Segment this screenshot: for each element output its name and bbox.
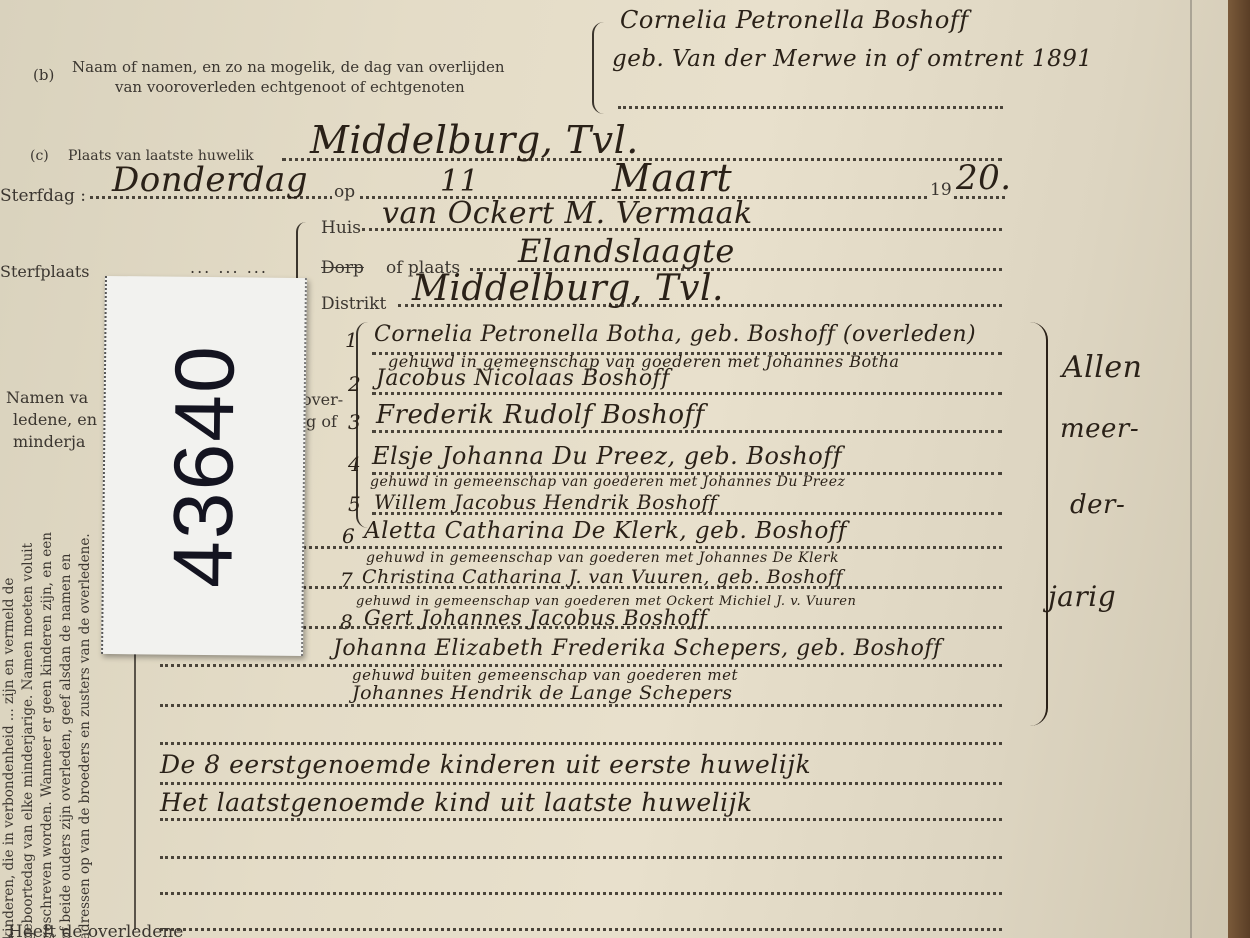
sterfdag-weekday: Donderdag (112, 160, 308, 200)
child-4-name: Elsje Johanna Du Preez, geb. Boshoff (372, 442, 842, 470)
child-1-number: 1 (345, 328, 358, 352)
sterfdag-label: Sterfdag : (0, 186, 86, 206)
field-b-marker: (b) (33, 66, 54, 84)
blank-dotted-line-1 (160, 742, 1002, 745)
field-c-marker: (c) (30, 148, 49, 164)
status-word-1: Allen (1062, 350, 1142, 385)
archive-number: 43640 (154, 344, 254, 589)
child-1-name: Cornelia Petronella Botha, geb. Boshoff … (374, 322, 976, 347)
child-6-number: 6 (342, 524, 355, 548)
child-4-number: 4 (348, 452, 361, 476)
field-b-label-line2: van vooroverleden echtgenoot of echtgeno… (115, 78, 465, 96)
child-3-name: Frederik Rudolf Boshoff (376, 400, 705, 430)
blank-dotted-line-4 (160, 928, 1002, 931)
child-7-name: Christina Catharina J. van Vuuren, geb. … (362, 566, 843, 588)
page-edge (1228, 0, 1250, 938)
sterfplaats-dots: ... ... ... (190, 258, 268, 277)
child-6-note: gehuwd in gemeenschap van goederen met J… (366, 550, 839, 566)
field-b-value-line1: Cornelia Petronella Boshoff (620, 6, 969, 34)
child-2-dotted-line (372, 392, 1002, 395)
child-8-number: 8 (340, 610, 353, 634)
status-word-3: der- (1070, 490, 1125, 520)
children-brace-right (1030, 322, 1048, 726)
children-label-fragment-2: ledene, en (13, 410, 97, 429)
archive-number-tag: 43640 (101, 276, 307, 656)
child-4-note: gehuwd in gemeenschap van goederen met J… (370, 474, 845, 490)
blank-dotted-line-2 (160, 856, 1002, 859)
children-label-fragment-1: Namen va (6, 388, 88, 407)
field-b-blank-line (618, 106, 1003, 109)
children-label-fragment-5: g of (306, 412, 337, 431)
field-c-value: Middelburg, Tvl. (310, 118, 639, 162)
child-8-name: Gert Johannes Jacobus Boshoff (364, 606, 707, 630)
distrikt-label: Distrikt (321, 294, 386, 314)
sterfdag-day: 11 (440, 164, 479, 199)
status-word-4: jarig (1048, 580, 1116, 613)
child-9-note2: Johannes Hendrik de Lange Schepers (352, 682, 733, 704)
child-5-name: Willem Jacobus Hendrik Boshoff (374, 490, 717, 514)
instructions-bracket-line (134, 650, 136, 930)
remark-line-2: Het laatstgenoemde kind uit laatste huwe… (160, 788, 753, 817)
child-2-number: 2 (348, 372, 361, 396)
sterfplaats-label: Sterfplaats (0, 262, 90, 281)
huis-value: van Ockert M. Vermaak (382, 196, 753, 231)
field-b-brace (592, 22, 604, 114)
page-margin-line (1190, 0, 1192, 938)
huis-label: Huis (321, 218, 361, 238)
footer-fragment: Heeft de overledene (8, 922, 183, 938)
blank-dotted-line-3 (160, 892, 1002, 895)
instructions-vertical-text: kinderen, die in verbondenheid ... zijn … (0, 520, 95, 938)
child-3-dotted-line (372, 430, 1002, 433)
status-word-2: meer- (1060, 414, 1139, 444)
child-9-name: Johanna Elizabeth Frederika Schepers, ge… (333, 636, 942, 661)
sterfdag-year-prefix: 19 (930, 180, 952, 200)
child-6-name: Aletta Catharina De Klerk, geb. Boshoff (364, 518, 847, 544)
remark-1-dotted-line (160, 782, 1002, 785)
sterfdag-op-label: op (332, 182, 357, 202)
sterfdag-year-suffix: 20. (956, 158, 1012, 198)
children-label-fragment-4: over- (302, 390, 343, 409)
remark-2-dotted-line (160, 818, 1002, 821)
child-3-number: 3 (348, 410, 361, 434)
children-label-fragment-3: minderja (13, 432, 85, 451)
child-9-note2-dotted-line (160, 704, 1002, 707)
remark-line-1: De 8 eerstgenoemde kinderen uit eerste h… (160, 750, 811, 779)
dorp-label-struck: Dorp (321, 258, 364, 278)
distrikt-value: Middelburg, Tvl. (412, 268, 724, 309)
field-b-label-line1: Naam of namen, en zo na mogelik, de dag … (72, 58, 505, 76)
child-5-number: 5 (348, 492, 361, 516)
dorp-value: Elandslaagte (518, 232, 735, 270)
sterfdag-month: Maart (612, 156, 732, 200)
child-2-name: Jacobus Nicolaas Boshoff (376, 366, 670, 391)
field-b-value-line2: geb. Van der Merwe in of omtrent 1891 (612, 46, 1092, 72)
